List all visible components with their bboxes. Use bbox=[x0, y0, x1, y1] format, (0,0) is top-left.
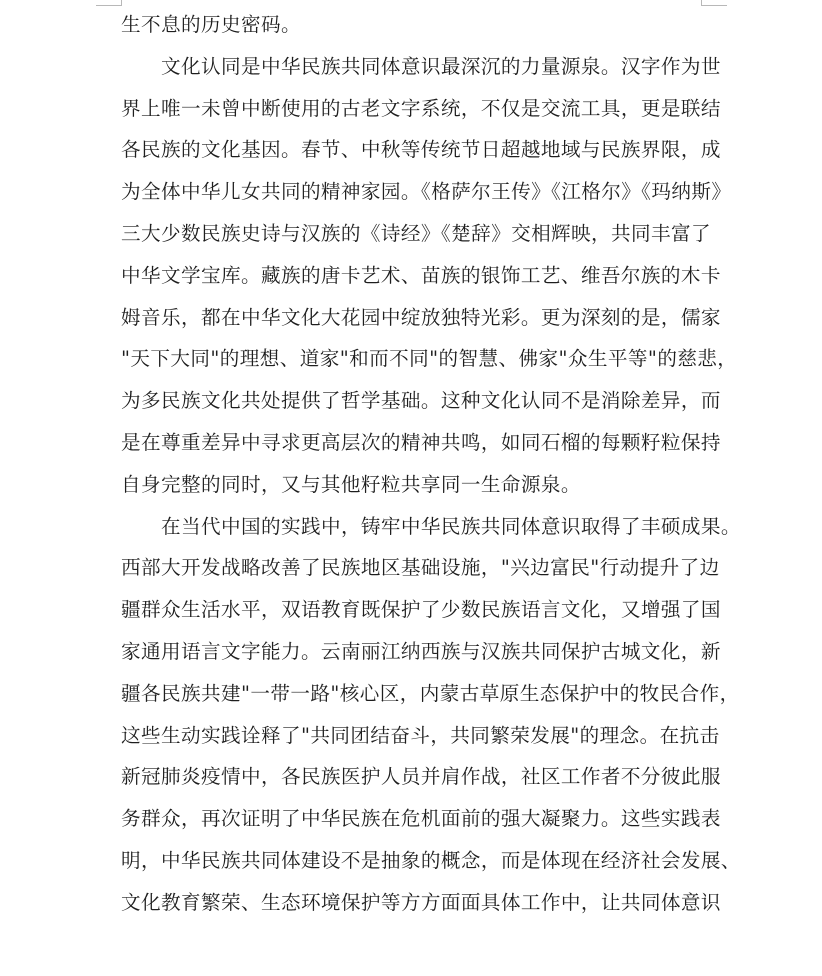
document-body[interactable]: 生不息的历史密码。 文化认同是中华民族共同体意识最深沉的力量源泉。汉字作为世 界… bbox=[121, 4, 703, 924]
paragraph-cultural-identity: 文化认同是中华民族共同体意识最深沉的力量源泉。汉字作为世 界上唯一未曾中断使用的… bbox=[121, 46, 703, 506]
text-line: 中华文学宝库。藏族的唐卡艺术、苗族的银饰工艺、维吾尔族的木卡 bbox=[121, 255, 703, 297]
paragraph-contemporary-practice: 在当代中国的实践中，铸牢中华民族共同体意识取得了丰硕成果。 西部大开发战略改善了… bbox=[121, 506, 703, 924]
text-line: 这些生动实践诠释了"共同团结奋斗，共同繁荣发展"的理念。在抗击 bbox=[121, 715, 703, 757]
text-line: 新冠肺炎疫情中，各民族医护人员并肩作战，社区工作者不分彼此服 bbox=[121, 756, 703, 798]
text-line: 是在尊重差异中寻求更高层次的精神共鸣，如同石榴的每颗籽粒保持 bbox=[121, 422, 703, 464]
text-line: 姆音乐，都在中华文化大花园中绽放独特光彩。更为深刻的是，儒家 bbox=[121, 297, 703, 339]
text-line: 务群众，再次证明了中华民族在危机面前的强大凝聚力。这些实践表 bbox=[121, 798, 703, 840]
text-line: 为全体中华儿女共同的精神家园。《格萨尔王传》《江格尔》《玛纳斯》 bbox=[121, 171, 703, 213]
text-line: 疆群众生活水平，双语教育既保护了少数民族语言文化，又增强了国 bbox=[121, 589, 703, 631]
text-line: 疆各民族共建"一带一路"核心区，内蒙古草原生态保护中的牧民合作， bbox=[121, 673, 703, 715]
text-line: 三大少数民族史诗与汉族的《诗经》《楚辞》交相辉映，共同丰富了 bbox=[121, 213, 703, 255]
text-line: 在当代中国的实践中，铸牢中华民族共同体意识取得了丰硕成果。 bbox=[121, 506, 703, 548]
text-line: 各民族的文化基因。春节、中秋等传统节日超越地域与民族界限，成 bbox=[121, 129, 703, 171]
text-line: "天下大同"的理想、道家"和而不同"的智慧、佛家"众生平等"的慈悲， bbox=[121, 338, 703, 380]
paragraph-continuation: 生不息的历史密码。 bbox=[121, 4, 703, 46]
text-line: 为多民族文化共处提供了哲学基础。这种文化认同不是消除差异，而 bbox=[121, 380, 703, 422]
document-page: 生不息的历史密码。 文化认同是中华民族共同体意识最深沉的力量源泉。汉字作为世 界… bbox=[0, 0, 822, 976]
text-line: 文化认同是中华民族共同体意识最深沉的力量源泉。汉字作为世 bbox=[121, 46, 703, 88]
text-line: 自身完整的同时，又与其他籽粒共享同一生命源泉。 bbox=[121, 464, 703, 506]
margin-corner-mark-right bbox=[701, 0, 727, 6]
text-line: 文化教育繁荣、生态环境保护等方方面面具体工作中，让共同体意识 bbox=[121, 882, 703, 924]
text-line: 家通用语言文字能力。云南丽江纳西族与汉族共同保护古城文化，新 bbox=[121, 631, 703, 673]
text-line: 明，中华民族共同体建设不是抽象的概念，而是体现在经济社会发展、 bbox=[121, 840, 703, 882]
text-line: 界上唯一未曾中断使用的古老文字系统，不仅是交流工具，更是联结 bbox=[121, 88, 703, 130]
text-line: 西部大开发战略改善了民族地区基础设施，"兴边富民"行动提升了边 bbox=[121, 547, 703, 589]
margin-corner-mark-left bbox=[96, 0, 122, 6]
text-line: 生不息的历史密码。 bbox=[121, 4, 703, 46]
